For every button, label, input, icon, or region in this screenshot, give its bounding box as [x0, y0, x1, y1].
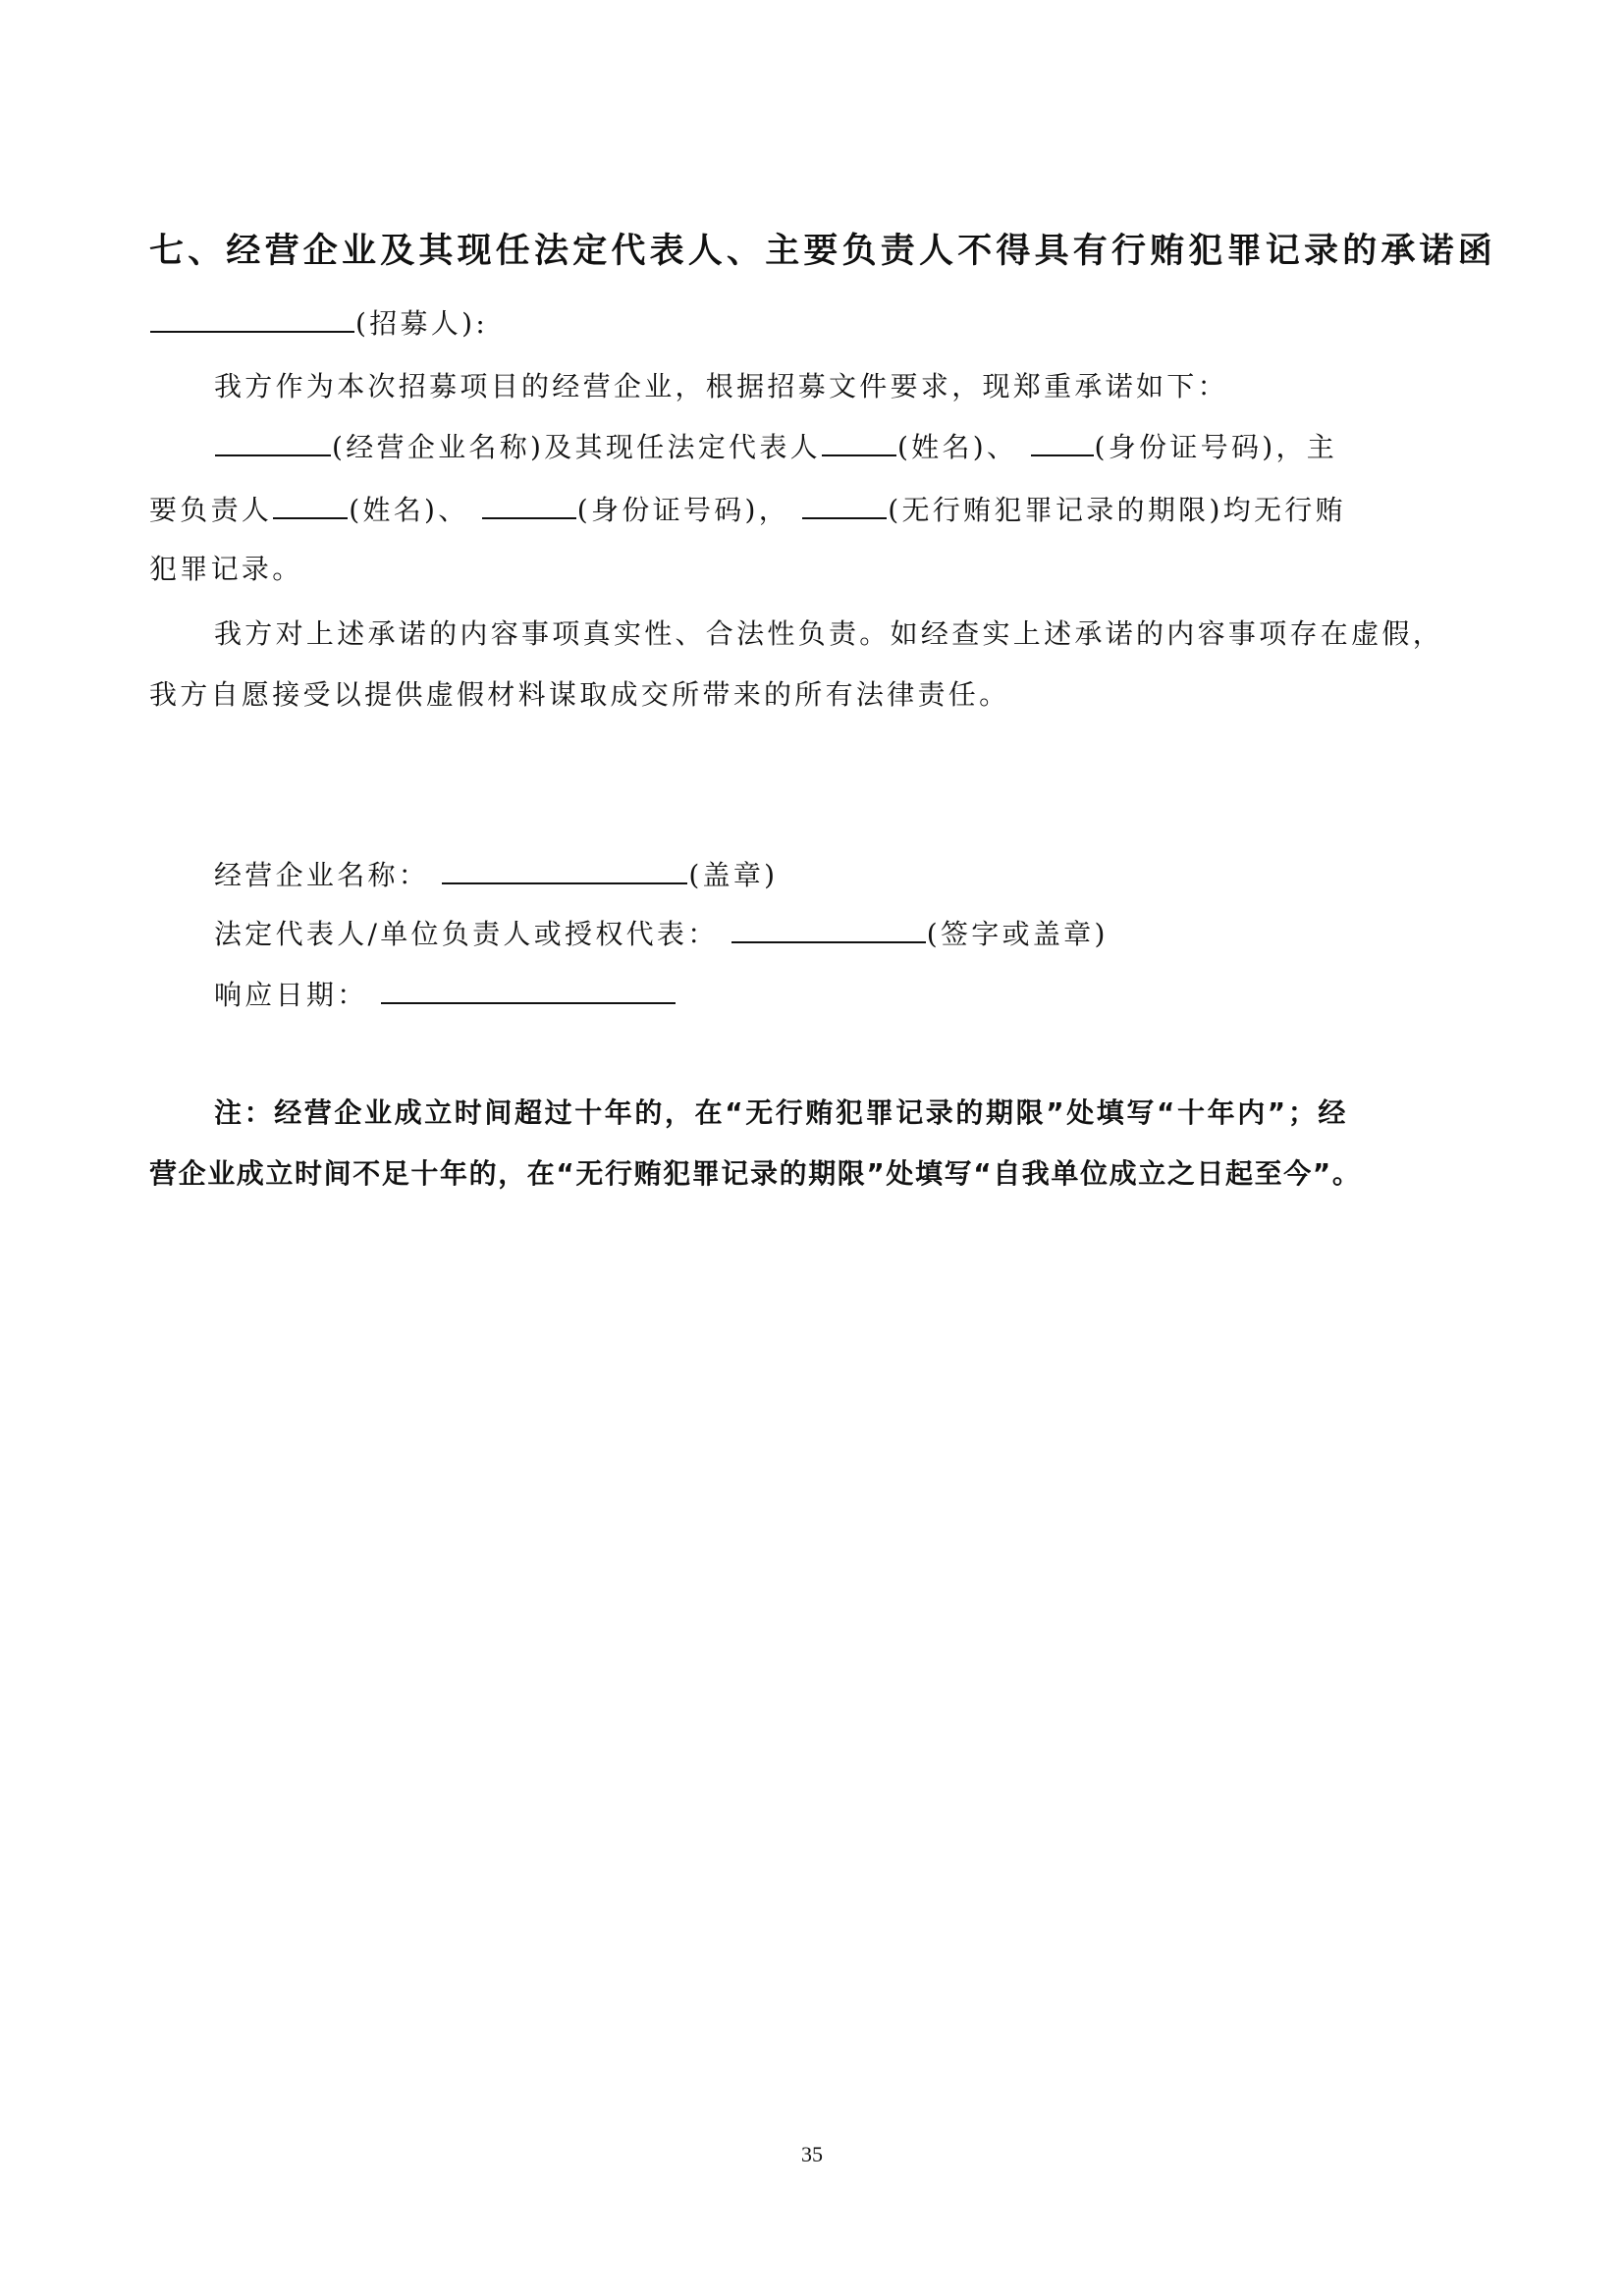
commitment-text: (经营企业名称)及其现任法定代表人: [332, 431, 821, 463]
commitment-text: (姓名)、: [349, 494, 468, 526]
rep-label: 法定代表人/单位负责人或授权代表：: [214, 918, 719, 950]
commitment-line-3: 犯罪记录。: [149, 546, 1494, 593]
responsibility-line-2: 我方自愿接受以提供虚假材料谋取成交所带来的所有法律责任。: [149, 671, 1494, 719]
document-page: 七、经营企业及其现任法定代表人、主要负责人不得具有行贿犯罪记录的承诺函 (招募人…: [0, 0, 1624, 2296]
note-line-2: 营企业成立时间不足十年的，在“无行贿犯罪记录的期限”处填写“自我单位成立之日起至…: [149, 1150, 1494, 1198]
commitment-text: (身份证号码)，主: [1095, 431, 1338, 463]
commitment-text: 要负责人: [149, 494, 272, 526]
date-label: 响应日期：: [214, 979, 368, 1011]
no-bribery-period-blank[interactable]: [802, 488, 887, 519]
rep-suffix: (签字或盖章): [927, 918, 1109, 950]
principal-id-blank[interactable]: [482, 488, 576, 519]
legal-rep-id-blank[interactable]: [1031, 425, 1094, 456]
principal-name-blank[interactable]: [273, 488, 348, 519]
commitment-text: (无行贿犯罪记录的期限)均无行贿: [888, 494, 1346, 526]
recruiter-blank[interactable]: [150, 301, 354, 333]
commitment-text: (姓名)、: [897, 431, 1017, 463]
addressee-suffix: (招募人):: [355, 307, 488, 340]
page-number: 35: [0, 2142, 1624, 2167]
commitment-text: (身份证号码)，: [577, 494, 789, 526]
company-suffix: (盖章): [688, 859, 778, 891]
commitment-line-1: (经营企业名称)及其现任法定代表人(姓名)、 (身份证号码)，主: [214, 424, 1559, 471]
document-title: 七、经营企业及其现任法定代表人、主要负责人不得具有行贿犯罪记录的承诺函: [149, 222, 1494, 281]
signature-date-line: 响应日期：: [214, 972, 1559, 1019]
signature-rep-line: 法定代表人/单位负责人或授权代表： (签字或盖章): [214, 911, 1559, 958]
addressee-line: (招募人):: [149, 300, 1494, 347]
response-date-blank[interactable]: [381, 973, 676, 1004]
note-line-1: 注：经营企业成立时间超过十年的，在“无行贿犯罪记录的期限”处填写“十年内”；经: [214, 1090, 1559, 1137]
rep-signature-blank[interactable]: [731, 912, 926, 943]
company-name-blank[interactable]: [215, 425, 331, 456]
company-seal-blank[interactable]: [442, 853, 687, 884]
company-label: 经营企业名称：: [214, 859, 429, 891]
commitment-line-2: 要负责人(姓名)、 (身份证号码)， (无行贿犯罪记录的期限)均无行贿: [149, 487, 1494, 534]
legal-rep-name-blank[interactable]: [822, 425, 896, 456]
intro-paragraph: 我方作为本次招募项目的经营企业，根据招募文件要求，现郑重承诺如下：: [214, 363, 1559, 410]
signature-company-line: 经营企业名称： (盖章): [214, 852, 1559, 899]
responsibility-line-1: 我方对上述承诺的内容事项真实性、合法性负责。如经查实上述承诺的内容事项存在虚假，: [214, 611, 1559, 658]
